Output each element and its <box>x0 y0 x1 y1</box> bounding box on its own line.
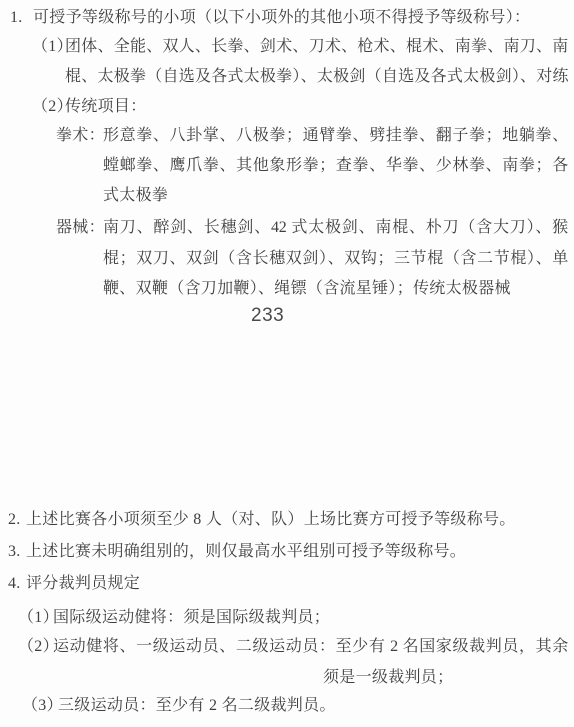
qixie-line3: 鞭、双鞭（含刀加鞭）、绳镖（含流星锤）；传统太极器械 <box>103 278 511 302</box>
item1-sub2-title: 传统项目： <box>65 96 147 120</box>
page-number: 233 <box>251 306 284 326</box>
qixie-label: 器械： <box>56 217 105 241</box>
document-page: 1. 可授予等级称号的小项（以下小项外的其他小项不得授予等级称号）： （1） 团… <box>0 0 574 727</box>
item3-number: 3. <box>8 541 21 565</box>
item1-title: 可授予等级称号的小项（以下小项外的其他小项不得授予等级称号）： <box>33 7 530 31</box>
quanshu-line3: 式太极拳 <box>103 185 168 209</box>
qixie-line2: 棍；双刀、双剑（含长穗双剑）、双钩；三节棍（含二节棍）、单 <box>103 248 568 272</box>
qixie-line1: 南刀、醉剑、长穗剑、42 式太极剑、南棍、朴刀（含大刀）、猴 <box>103 217 568 241</box>
item1-sub1-line1: 团体、全能、双人、长拳、剑术、刀术、枪术、棍术、南拳、南刀、南 <box>65 36 568 60</box>
item2-number: 2. <box>8 509 21 533</box>
item4-sub3-text: 三级运动员：至少有 2 名二级裁判员。 <box>58 695 336 719</box>
quanshu-line1: 形意拳、八卦掌、八极拳；通臂拳、劈挂拳、翻子拳；地躺拳、 <box>103 125 568 149</box>
quanshu-line2: 螳螂拳、鹰爪拳、其他象形拳；查拳、华拳、少林拳、南拳；各 <box>103 155 568 179</box>
item4-sub1-text: 国际级运动健将：须是国际级裁判员； <box>53 607 330 631</box>
item1-sub1-line2: 棍、太极拳（自选及各式太极拳）、太极剑（自选及各式太极剑）、对练 <box>65 66 568 90</box>
item4-sub2-line2: 须是一级裁判员； <box>323 667 453 691</box>
item4-title: 评分裁判员规定 <box>26 573 140 597</box>
item4-sub2-line1: 运动健将、一级运动员、二级运动员：至少有 2 名国家级裁判员，其余 <box>53 636 568 660</box>
quanshu-label: 拳术： <box>56 125 105 149</box>
item4-number: 4. <box>8 573 21 597</box>
item3-text: 上述比赛未明确组别的，则仅最高水平组别可授予等级称号。 <box>26 541 466 565</box>
item2-text: 上述比赛各小项须至少 8 人（对、队）上场比赛方可授予等级称号。 <box>26 509 516 533</box>
item1-number: 1. <box>10 7 23 31</box>
item4-sub3-marker: （3） <box>22 695 63 719</box>
